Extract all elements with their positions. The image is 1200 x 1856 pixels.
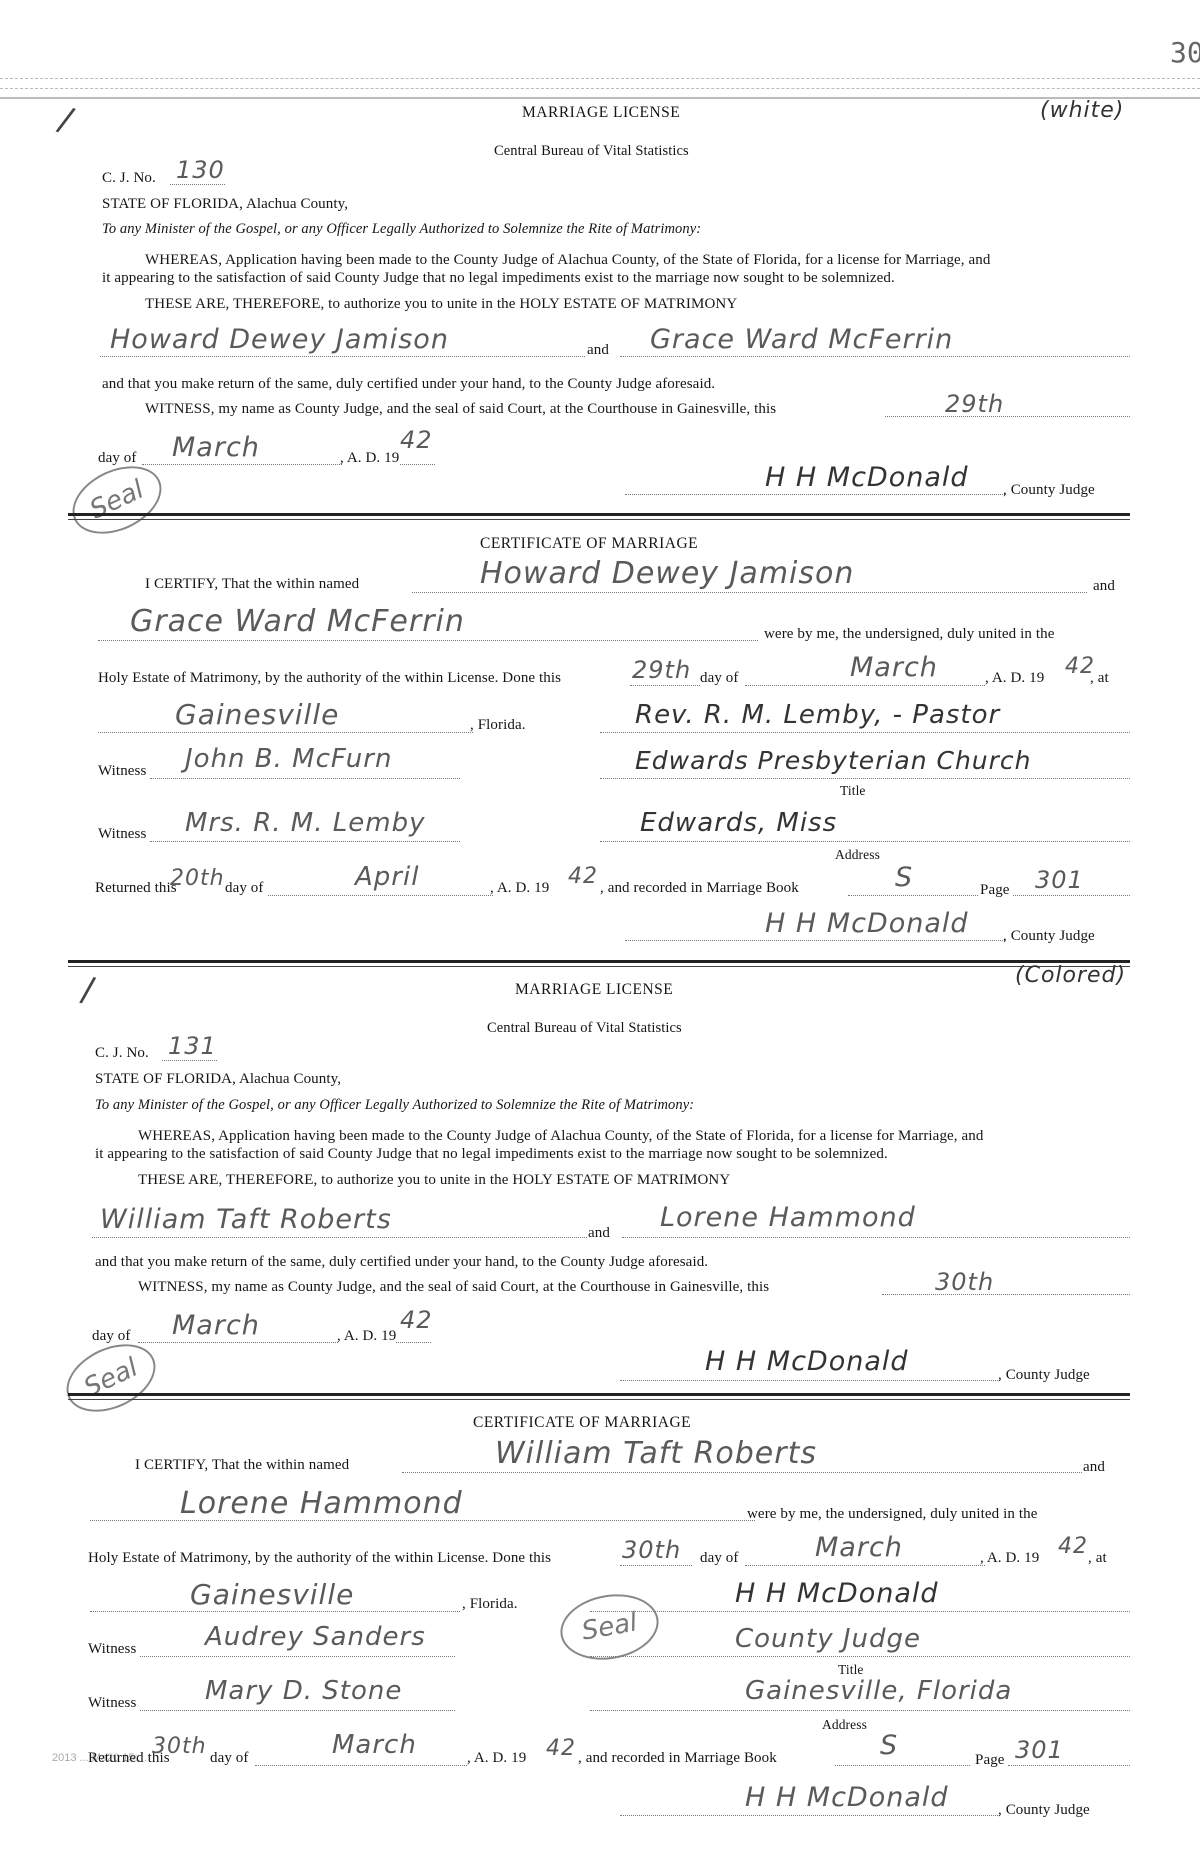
judge-label: , County Judge [1003, 482, 1095, 499]
record-divider [68, 966, 1130, 967]
and-label: and [588, 1225, 610, 1242]
cert-and-label: and [1083, 1459, 1105, 1476]
scan-artifact-line [0, 78, 1200, 79]
cert-groom-line [412, 592, 1087, 593]
certificate-title: CERTIFICATE OF MARRIAGE [473, 1414, 691, 1432]
witness-line: WITNESS, my name as County Judge, and th… [145, 401, 776, 418]
book-value: S [880, 1730, 898, 1761]
return-line: and that you make return of the same, du… [102, 376, 715, 393]
title-value: Edwards Presbyterian Church [635, 746, 1032, 775]
day-line [885, 416, 1130, 417]
section-divider [68, 1399, 1130, 1400]
title-line [590, 1656, 1130, 1657]
cert-day-line [620, 1565, 692, 1566]
cj-number-label: C. J. No. [102, 170, 156, 187]
returned-month-line [255, 1765, 467, 1766]
cert-year: 42 [1058, 1534, 1088, 1559]
witness-2-name: Mrs. R. M. Lemby [185, 808, 425, 838]
license-title: MARRIAGE LICENSE [522, 104, 680, 122]
page-label: Page [975, 1752, 1005, 1769]
officiant-line [600, 732, 1130, 733]
witness-line: WITNESS, my name as County Judge, and th… [138, 1279, 769, 1296]
cert-groom-line [402, 1472, 1082, 1473]
returned-label: Returned this [95, 880, 177, 897]
cert-month-line [745, 1565, 985, 1566]
ad-label: , A. D. 19 [340, 450, 399, 467]
return-line: and that you make return of the same, du… [95, 1254, 708, 1271]
bride-line [620, 356, 1130, 357]
cert-day-line [630, 685, 700, 686]
certify-label: I CERTIFY, That the within named [135, 1457, 349, 1474]
groom-line [100, 356, 585, 357]
cert-and-label: and [1093, 578, 1115, 595]
month-line [142, 464, 342, 465]
united-label: were by me, the undersigned, duly united… [747, 1506, 1037, 1523]
returned-day: 20th [170, 866, 225, 891]
license-year: 42 [400, 1306, 433, 1334]
certify-label: I CERTIFY, That the within named [145, 576, 359, 593]
cj-number-value: 131 [168, 1032, 217, 1060]
title-value: County Judge [735, 1624, 921, 1654]
section-divider [68, 519, 1130, 520]
page-number: 30 [1170, 36, 1200, 69]
cert-at-label: , at [1088, 1550, 1107, 1567]
cert-day-of-label: day of [700, 1550, 739, 1567]
race-note: (white) [1040, 98, 1124, 123]
address-label: Address [835, 847, 880, 863]
witness-1-name: Audrey Sanders [205, 1622, 426, 1652]
witness-2-label: Witness [88, 1695, 136, 1712]
cert-bride-name: Lorene Hammond [180, 1486, 463, 1521]
certificate-title: CERTIFICATE OF MARRIAGE [480, 535, 698, 553]
judge-signature-line [620, 1380, 1000, 1381]
seal-mark: Seal [62, 453, 173, 547]
cj-number-label: C. J. No. [95, 1045, 149, 1062]
witness-1-line [150, 778, 460, 779]
returned-day: 30th [152, 1734, 207, 1759]
whereas-line-2: it appearing to the satisfaction of said… [102, 270, 895, 287]
cert-day: 30th [622, 1536, 681, 1564]
cert-groom-name: William Taft Roberts [495, 1436, 817, 1471]
returned-month-line [268, 895, 493, 896]
cj-number-value: 130 [176, 156, 225, 184]
these-are-line: THESE ARE, THEREFORE, to authorize you t… [138, 1172, 730, 1189]
returned-month: March [332, 1730, 417, 1760]
judge-signature: H H McDonald [705, 1346, 909, 1377]
book-line [848, 895, 978, 896]
year-line [396, 1342, 431, 1343]
license-subtitle: Central Bureau of Vital Statistics [487, 1020, 682, 1037]
day-line [882, 1294, 1130, 1295]
margin-check-mark: / [54, 99, 78, 141]
year-line [400, 464, 435, 465]
license-month: March [172, 1310, 260, 1341]
cert-day-of-label: day of [700, 670, 739, 687]
judge-signature-line [625, 494, 1005, 495]
officiant: H H McDonald [735, 1578, 939, 1609]
day-of-label: day of [92, 1328, 131, 1345]
groom-name: William Taft Roberts [100, 1204, 392, 1235]
address-value: Gainesville, Florida [745, 1676, 1012, 1706]
officiant: Rev. R. M. Lemby, - Pastor [635, 700, 1000, 730]
seal-mark: Seal [56, 1331, 167, 1425]
section-divider [68, 513, 1130, 516]
cert-bride-line [98, 640, 758, 641]
and-label: and [587, 342, 609, 359]
florida-label: , Florida. [470, 717, 526, 734]
whereas-line-1: WHEREAS, Application having been made to… [138, 1128, 983, 1145]
book-line [835, 1765, 970, 1766]
returned-year: 42 [568, 864, 598, 889]
whereas-line-1: WHEREAS, Application having been made to… [145, 252, 990, 269]
cert-month-line [745, 685, 985, 686]
license-day: 29th [945, 390, 1004, 418]
cert-month: March [850, 652, 938, 683]
returned-year: 42 [546, 1736, 576, 1761]
judge-label: , County Judge [998, 1367, 1090, 1384]
holy-label: Holy Estate of Matrimony, by the authori… [98, 670, 561, 687]
cj-number-line [170, 184, 225, 185]
cert-judge-signature: H H McDonald [765, 908, 969, 939]
witness-2-label: Witness [98, 826, 146, 843]
bride-name: Grace Ward McFerrin [650, 324, 953, 355]
groom-line [92, 1237, 587, 1238]
month-line [138, 1342, 338, 1343]
license-month: March [172, 432, 260, 463]
returned-day-of: day of [210, 1750, 249, 1767]
address-line-field [600, 841, 1130, 842]
cert-judge-label: , County Judge [1003, 928, 1095, 945]
cert-ad-label: , A. D. 19 [985, 670, 1044, 687]
page-line [1008, 1765, 1130, 1766]
page-label: Page [980, 882, 1010, 899]
groom-name: Howard Dewey Jamison [110, 324, 449, 355]
day-of-label: day of [98, 450, 137, 467]
cert-at-label: , at [1090, 670, 1109, 687]
recorded-label: , and recorded in Marriage Book [578, 1750, 777, 1767]
state-line: STATE OF FLORIDA, Alachua County, [95, 1071, 341, 1088]
returned-day-of: day of [225, 880, 264, 897]
scan-artifact-line [0, 88, 1200, 89]
officiant-line [590, 1611, 1130, 1612]
returned-ad: , A. D. 19 [490, 880, 549, 897]
cert-place: Gainesville [175, 698, 339, 731]
license-title: MARRIAGE LICENSE [515, 981, 673, 999]
united-label: were by me, the undersigned, duly united… [764, 626, 1054, 643]
whereas-line-2: it appearing to the satisfaction of said… [95, 1146, 888, 1163]
scan-artifact-line [0, 97, 1200, 99]
license-day: 30th [935, 1268, 994, 1296]
address-line: To any Minister of the Gospel, or any Of… [95, 1097, 694, 1114]
cert-judge-signature-line [625, 940, 1005, 941]
returned-month: April [355, 862, 419, 892]
license-year: 42 [400, 426, 433, 454]
recorded-label: , and recorded in Marriage Book [600, 880, 799, 897]
witness-1-label: Witness [98, 763, 146, 780]
witness-1-label: Witness [88, 1641, 136, 1658]
cert-judge-label: , County Judge [998, 1802, 1090, 1819]
florida-label: , Florida. [462, 1596, 518, 1613]
holy-label: Holy Estate of Matrimony, by the authori… [88, 1550, 551, 1567]
page-value: 301 [1035, 866, 1084, 894]
witness-2-name: Mary D. Stone [205, 1676, 402, 1706]
section-divider [68, 1393, 1130, 1396]
witness-2-line [140, 1710, 455, 1711]
returned-ad: , A. D. 19 [467, 1750, 526, 1767]
cert-bride-name: Grace Ward McFerrin [130, 604, 465, 639]
margin-check-mark: / [78, 969, 98, 1011]
cert-day: 29th [632, 656, 691, 684]
ad-label: , A. D. 19 [337, 1328, 396, 1345]
cert-place: Gainesville [190, 1578, 354, 1611]
cert-groom-name: Howard Dewey Jamison [480, 556, 854, 591]
judge-signature: H H McDonald [765, 462, 969, 493]
page-value: 301 [1015, 1736, 1064, 1764]
cert-month: March [815, 1532, 903, 1563]
page-line [1013, 895, 1130, 896]
book-value: S [895, 862, 913, 893]
witness-1-line [140, 1656, 455, 1657]
license-subtitle: Central Bureau of Vital Statistics [494, 143, 689, 160]
place-line [98, 732, 473, 733]
address-line: To any Minister of the Gospel, or any Of… [102, 221, 701, 238]
cj-number-line [162, 1060, 217, 1061]
bride-line [622, 1237, 1130, 1238]
state-line: STATE OF FLORIDA, Alachua County, [102, 196, 348, 213]
witness-1-name: John B. McFurn [185, 744, 392, 774]
address-line-field [590, 1710, 1130, 1711]
race-note: (Colored) [1015, 963, 1126, 988]
witness-2-line [150, 841, 460, 842]
bride-name: Lorene Hammond [660, 1202, 916, 1233]
record-divider [68, 960, 1130, 963]
title-label: Title [840, 783, 866, 799]
title-line [600, 778, 1130, 779]
cert-judge-signature-line [620, 1815, 1000, 1816]
address-label: Address [822, 1717, 867, 1733]
address-value: Edwards, Miss [640, 808, 837, 838]
cert-judge-signature: H H McDonald [745, 1782, 949, 1813]
place-line [90, 1611, 460, 1612]
these-are-line: THESE ARE, THEREFORE, to authorize you t… [145, 296, 737, 313]
cert-ad-label: , A. D. 19 [980, 1550, 1039, 1567]
